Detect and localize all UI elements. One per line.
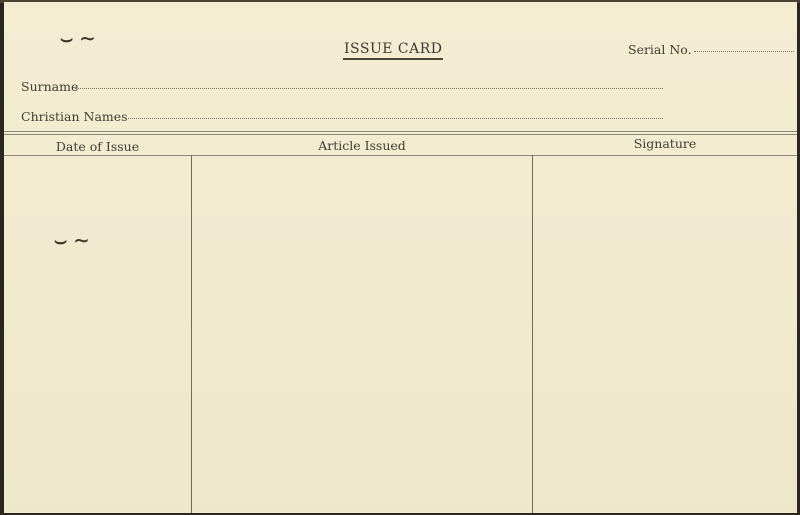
article-issued-cell[interactable] bbox=[193, 157, 531, 511]
christian-names-label: Christian Names bbox=[21, 109, 128, 124]
column-divider-2 bbox=[532, 155, 533, 513]
date-of-issue-cell[interactable] bbox=[5, 157, 190, 511]
table-header-rule bbox=[4, 155, 797, 156]
serial-number-label: Serial No. bbox=[628, 42, 692, 57]
column-divider-1 bbox=[191, 155, 192, 513]
column-header-date-of-issue: Date of Issue bbox=[4, 139, 191, 154]
column-header-signature: Signature bbox=[533, 136, 797, 151]
table-top-rule-inner bbox=[4, 134, 797, 135]
ink-mark-top: ⌣∼ bbox=[60, 26, 102, 50]
christian-names-field[interactable] bbox=[126, 118, 663, 119]
surname-label: Surname bbox=[21, 79, 78, 94]
table-top-rule bbox=[4, 131, 797, 132]
surname-field[interactable] bbox=[75, 88, 663, 89]
serial-number-field[interactable] bbox=[694, 51, 794, 52]
card-title: ISSUE CARD bbox=[344, 41, 443, 57]
title-underline bbox=[343, 58, 443, 60]
signature-cell[interactable] bbox=[534, 157, 796, 511]
column-header-article-issued: Article Issued bbox=[192, 138, 532, 153]
